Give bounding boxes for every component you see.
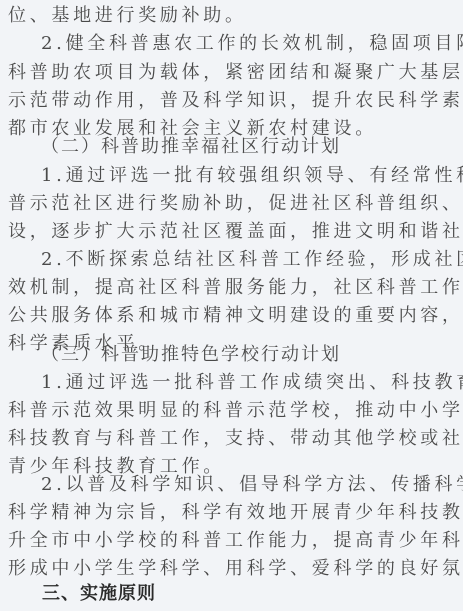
paragraph-line: 科技教育与科普工作，支持、带动其他学校或社会组织等开展 (8, 428, 455, 450)
subsection-heading: （二）科普助推幸福社区行动计划 (41, 136, 463, 158)
paragraph-line: 效机制，提高社区科普服务能力，社区科普工作逐渐成为社区 (8, 277, 455, 299)
subsection-heading: （三）科普助推特色学校行动计划 (41, 344, 463, 366)
paragraph-line: 1.通过评选一批科普工作成绩突出、科技教育特色鲜明、 (41, 372, 455, 394)
paragraph-line: 示范带动作用，普及科学知识，提升农民科学素质，助推我市 (8, 90, 455, 112)
paragraph-line: 2.健全科普惠农工作的长效机制，稳固项目阵地建设。以 (41, 33, 455, 55)
paragraph-line: 2.不断探索总结社区科普工作经验，形成社区科普工作长 (41, 249, 455, 271)
paragraph-line: 公共服务体系和城市精神文明建设的重要内容，提高社区居民 (8, 305, 455, 327)
paragraph-line: 形成中小学生学科学、用科学、爱科学的良好氛围。 (8, 558, 455, 580)
paragraph-line: 1.通过评选一批有较强组织领导、有经常性科普活动的科 (41, 165, 455, 187)
paragraph-line: 设，逐步扩大示范社区覆盖面，推进文明和谐社区建设。 (8, 221, 455, 243)
paragraph-line: 升全市中小学校的科普工作能力，提高青少年科学素质，逐步 (8, 530, 455, 552)
paragraph-line: 普示范社区进行奖励补助，促进社区科普组织、队伍、设施建 (8, 193, 455, 215)
paragraph-line: 2.以普及科学知识、倡导科学方法、传播科学思想、弘扬 (41, 474, 455, 496)
paragraph-line: 科学精神为宗旨，科学有效地开展青少年科技教育，进一步提 (8, 502, 455, 524)
paragraph-line: 位、基地进行奖励补助。 (8, 5, 455, 27)
section-heading: 三、实施原则 (42, 583, 463, 605)
document-page: 位、基地进行奖励补助。 2.健全科普惠农工作的长效机制，稳固项目阵地建设。以 科… (0, 0, 463, 611)
paragraph-line: 科普示范效果明显的科普示范学校，推动中小学校进一步重视 (8, 400, 455, 422)
paragraph-line: 科普助农项目为载体，紧密团结和凝聚广大基层科普组织发挥 (8, 62, 455, 84)
